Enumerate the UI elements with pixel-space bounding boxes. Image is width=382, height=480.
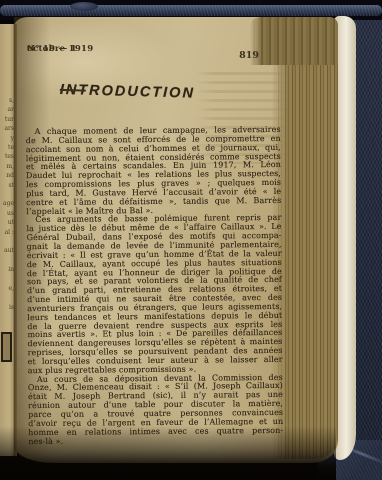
- left-page-fragment: m,: [0, 162, 14, 171]
- left-page-fragment: in: [0, 265, 14, 274]
- left-page-inset-box: [1, 332, 12, 362]
- left-page-fragment: tes: [0, 152, 14, 161]
- left-page-fragment: [0, 275, 14, 284]
- left-page-fragment: te: [0, 143, 14, 152]
- left-page-fragment: [0, 256, 14, 265]
- left-page-fragment: y: [0, 134, 14, 143]
- left-page-fragment: nd: [0, 171, 14, 180]
- page-block-top-corner: [250, 17, 338, 65]
- left-page-fragment: ars: [0, 124, 14, 133]
- issue-date-suffix: octobre 1919: [27, 44, 94, 54]
- left-page-fragment: ut: [0, 218, 14, 227]
- left-page-fragment: us: [0, 209, 14, 218]
- left-page-fragment: [0, 237, 14, 246]
- left-page-fragment: age: [0, 199, 14, 208]
- left-page-fragment: s,: [0, 96, 14, 105]
- left-page-fragment: st: [0, 181, 14, 190]
- body-text: A chaque moment de leur campagne, les ad…: [26, 126, 284, 447]
- left-page-fragment: [0, 293, 14, 302]
- left-page-fragment: [0, 312, 14, 321]
- page-header: N° 19 — 1er octobre 1919 819: [27, 40, 259, 60]
- left-page-fragment: is: [0, 303, 14, 312]
- left-page-fragment: aut: [0, 246, 14, 255]
- left-page-fragment: [0, 190, 14, 199]
- left-page-fragment: al :: [0, 228, 14, 237]
- cover-top-bump: [70, 2, 98, 11]
- left-page-fragment: e,: [0, 284, 14, 293]
- book-photo: s,arturarsytetesm,ndstageusutal :autine,…: [0, 0, 382, 480]
- left-page-text-fragments: s,arturarsytetesm,ndstageusutal :autine,…: [0, 96, 14, 331]
- page-number: 819: [239, 50, 259, 61]
- left-page-fragment: [0, 322, 14, 331]
- gutter-crease: [13, 24, 16, 456]
- left-page-fragment: tur: [0, 115, 14, 124]
- cover-top-ridge: [0, 5, 382, 16]
- left-page-fragment: ar: [0, 105, 14, 114]
